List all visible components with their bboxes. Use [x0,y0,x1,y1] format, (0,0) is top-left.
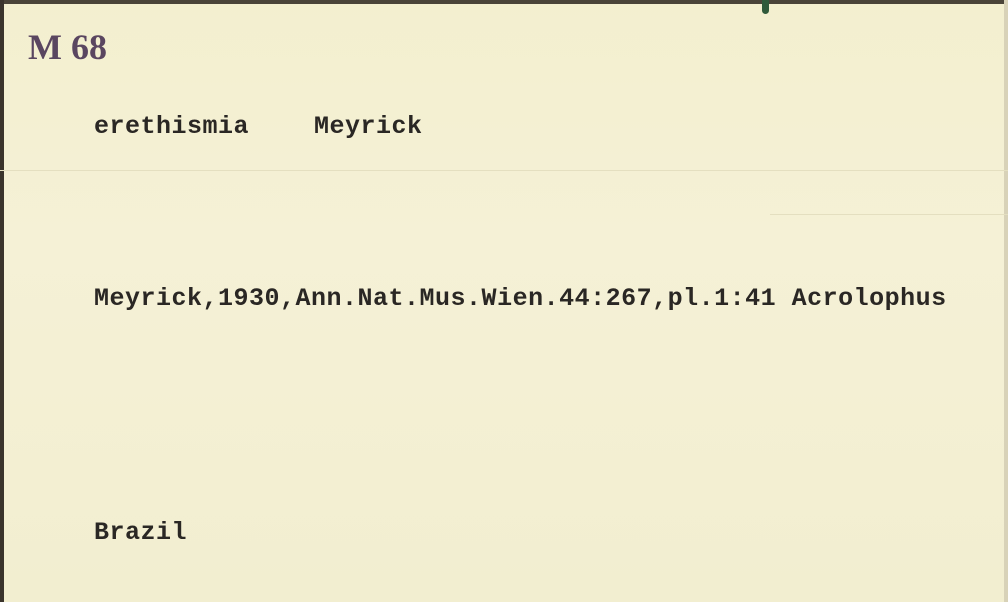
card-right-edge [1004,0,1008,606]
green-tab-mark [762,0,769,14]
card-top-edge [0,0,1008,4]
citation: Meyrick,1930,Ann.Nat.Mus.Wien.44:267,pl.… [94,284,947,313]
ruled-line [0,170,1008,171]
ruled-line [770,214,1008,215]
card-left-edge [0,0,4,606]
card-bottom-edge [0,602,1008,606]
author-name: Meyrick [314,112,423,141]
catalog-number: M 68 [28,26,107,68]
index-card: M 68 erethismia Meyrick Meyrick,1930,Ann… [0,0,1008,606]
species-name: erethismia [94,112,249,141]
locality: Brazil [94,518,187,547]
